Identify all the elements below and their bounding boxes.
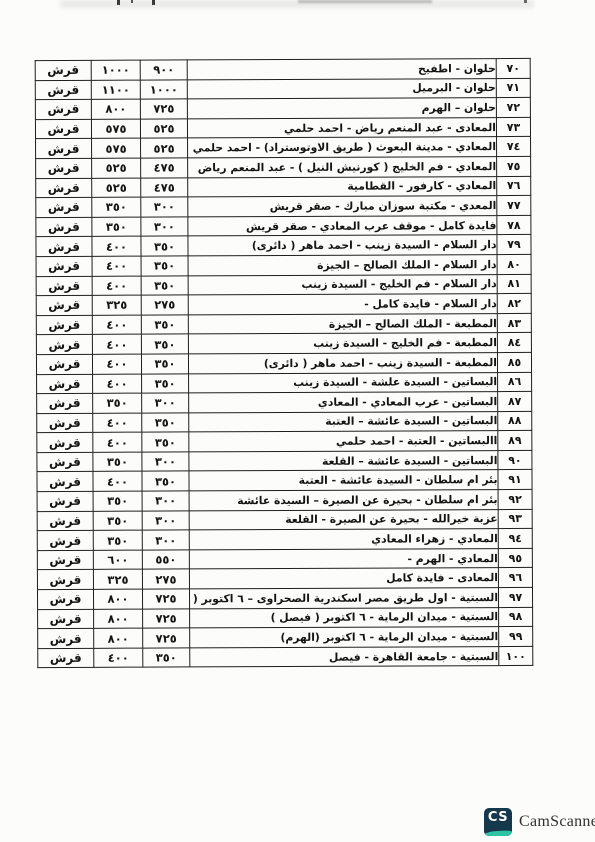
unit-cell: قرش <box>37 393 93 413</box>
row-number-cell: ٩٨ <box>499 607 533 627</box>
route-cell: المطبعة - الملك الصالح – الجيزة <box>188 313 497 334</box>
row-number-cell: ٩٧ <box>498 587 532 607</box>
fare-b-cell: ٥٧٥ <box>91 119 140 139</box>
route-cell: المعادي - الهرم - <box>189 548 498 569</box>
route-cell: المعادى – فايدة كامل <box>189 568 498 589</box>
row-number-cell: ٨٤ <box>497 333 531 353</box>
table-row: ٨٦ البساتين - السيدة علشة - السيدة زينب … <box>37 372 532 394</box>
table-row: ٩٤ المعادي - زهراء المعادي ٣٠٠ ٣٥٠ قرش <box>37 529 532 551</box>
fare-b-cell: ٣٥٠ <box>93 393 142 413</box>
fare-a-cell: ٧٢٥ <box>143 628 190 648</box>
route-cell: المعادي - كارفور - القطامية <box>188 176 497 197</box>
row-number-cell: ٧٠ <box>496 58 530 78</box>
unit-cell: قرش <box>38 629 94 649</box>
fare-a-cell: ٧٢٥ <box>143 609 190 629</box>
route-cell: السبتية - ميدان الرماية - ٦ اكتوبر (الهر… <box>190 627 499 648</box>
fare-a-cell: ٢٧٥ <box>142 569 189 589</box>
route-cell: عزبة خيرالله - بحيرة عن الصيرة - القلعة <box>189 509 498 530</box>
route-cell: حلوان - البرميل <box>187 78 496 99</box>
camscanner-icon: CS <box>484 808 512 836</box>
row-number-cell: ٧٩ <box>497 235 531 255</box>
route-cell: المطبعة - السيدة زينب - احمد ماهر ( دائر… <box>188 352 497 373</box>
fare-a-cell: ٣٠٠ <box>142 491 189 511</box>
unit-cell: قرش <box>37 472 93 492</box>
fare-b-cell: ٨٠٠ <box>94 628 143 648</box>
route-cell: دار السلام - السيدة زينب - احمد ماهر ( د… <box>188 235 497 256</box>
fare-a-cell: ٩٠٠ <box>140 60 187 80</box>
unit-cell: قرش <box>36 158 92 178</box>
fare-b-cell: ٤٠٠ <box>93 472 142 492</box>
unit-cell: قرش <box>37 491 93 511</box>
row-number-cell: ٧٤ <box>497 137 531 157</box>
fare-b-cell: ٨٠٠ <box>94 609 143 629</box>
route-cell: السبتية - اول طريق مصر اسكندرية الصحراوى… <box>189 588 498 609</box>
fare-b-cell: ٣٢٥ <box>92 295 141 315</box>
table-row: ٩٧ السبتية - اول طريق مصر اسكندرية الصحر… <box>37 587 532 609</box>
fare-a-cell: ٣٥٠ <box>141 256 188 276</box>
route-cell: المطبعة - فم الخليج - السيدة زينب <box>188 333 497 354</box>
table-row: ٧٥ المعادي - فم الخليج ( كورنيش النيل ) … <box>36 156 531 178</box>
fare-b-cell: ١٠٠٠ <box>91 60 140 80</box>
table-row: ٨١ دار السلام - فم الخليج - السيدة زينب … <box>36 274 531 296</box>
fare-b-cell: ٥٢٥ <box>92 158 141 178</box>
table-row: ٨٣ المطبعة - الملك الصالح – الجيزة ٣٥٠ ٤… <box>36 313 531 335</box>
fare-a-cell: ١٠٠٠ <box>140 80 187 100</box>
unit-cell: قرش <box>36 295 92 315</box>
table-row: ٧٧ المعدي - مكتبة سوزان مبارك - صقر قريش… <box>36 196 531 218</box>
fare-b-cell: ١١٠٠ <box>91 80 140 100</box>
fare-a-cell: ٣٠٠ <box>142 530 189 550</box>
unit-cell: قرش <box>37 374 93 394</box>
row-number-cell: ٩٦ <box>498 568 532 588</box>
unit-cell: قرش <box>36 197 92 217</box>
fare-a-cell: ٤٧٥ <box>141 177 188 197</box>
table-row: ١٠٠ السبتية - جامعة القاهرة - فيصل ٣٥٠ ٤… <box>38 646 533 668</box>
row-number-cell: ٩٠ <box>498 450 532 470</box>
fare-b-cell: ٣٥٠ <box>92 197 141 217</box>
unit-cell: قرش <box>36 178 92 198</box>
fare-b-cell: ٥٢٥ <box>92 178 141 198</box>
route-cell: البساتين - السيدة عائشة – العتبة <box>189 411 498 432</box>
fare-b-cell: ٨٠٠ <box>91 99 140 119</box>
unit-cell: قرش <box>36 276 92 296</box>
route-cell: دار السلام - فايدة كامل - <box>188 294 497 315</box>
row-number-cell: ٨٣ <box>497 313 531 333</box>
route-cell: البساتين - عرب المعادي - المعادي <box>189 392 498 413</box>
unit-cell: قرش <box>36 315 92 335</box>
scan-mark <box>131 0 133 3</box>
table-row: ٨٢ دار السلام - فايدة كامل - ٢٧٥ ٣٢٥ قرش <box>36 294 531 316</box>
fare-b-cell: ٤٠٠ <box>93 413 142 433</box>
row-number-cell: ٨٧ <box>498 392 532 412</box>
unit-cell: قرش <box>36 256 92 276</box>
row-number-cell: ٧٨ <box>497 215 531 235</box>
fare-a-cell: ٣٥٠ <box>141 315 188 335</box>
fare-b-cell: ٤٠٠ <box>93 374 142 394</box>
table-row: ٧٤ المعادي - مدينة البعوث ( طريق الاوتوس… <box>36 137 531 159</box>
fare-a-cell: ٣٥٠ <box>142 432 189 452</box>
row-number-cell: ٨٨ <box>498 411 532 431</box>
fare-a-cell: ٤٧٥ <box>141 158 188 178</box>
unit-cell: قرش <box>35 119 91 139</box>
unit-cell: قرش <box>37 433 93 453</box>
row-number-cell: ٩٣ <box>498 509 532 529</box>
route-cell: المعادي - زهراء المعادي <box>189 529 498 550</box>
fare-b-cell: ٤٠٠ <box>92 276 141 296</box>
table-row: ٩٣ عزبة خيرالله - بحيرة عن الصيرة - القل… <box>37 509 532 531</box>
unit-cell: قرش <box>37 452 93 472</box>
fare-table-body: ٧٠ حلوان - اطفيح ٩٠٠ ١٠٠٠ قرش ٧١ حلوان -… <box>35 58 533 668</box>
row-number-cell: ١٠٠ <box>499 646 533 666</box>
route-cell: السبتية - ميدان الرماية - ٦ اكتوبر ( فيص… <box>190 607 499 628</box>
table-row: ٩٨ السبتية - ميدان الرماية - ٦ اكتوبر ( … <box>38 607 533 629</box>
row-number-cell: ٩٥ <box>498 548 532 568</box>
fare-a-cell: ٢٧٥ <box>141 295 188 315</box>
route-cell: االبساتين - العتبة - احمد حلمي <box>189 431 498 452</box>
route-cell: بئر ام سلطان - السيدة عائشة - العتبة <box>189 470 498 491</box>
unit-cell: قرش <box>35 80 91 100</box>
fare-b-cell: ٣٥٠ <box>93 452 142 472</box>
fare-b-cell: ٥٧٥ <box>92 138 141 158</box>
row-number-cell: ٨٦ <box>498 372 532 392</box>
document-sheet: ٧٠ حلوان - اطفيح ٩٠٠ ١٠٠٠ قرش ٧١ حلوان -… <box>35 58 533 669</box>
unit-cell: قرش <box>37 589 93 609</box>
fare-a-cell: ٥٢٥ <box>140 119 187 139</box>
table-row: ٩١ بئر ام سلطان - السيدة عائشة - العتبة … <box>37 470 532 492</box>
fare-a-cell: ٣٥٠ <box>141 354 188 374</box>
fare-a-cell: ٣٥٠ <box>141 334 188 354</box>
unit-cell: قرش <box>35 100 91 120</box>
route-cell: بئر ام سلطان - بحيرة عن الصيرة – السيدة … <box>189 490 498 511</box>
route-cell: فايدة كامل - موقف عرب المعادي - صقر قريش <box>188 215 497 236</box>
table-row: ٧٣ المعادى - عبد المنعم رياض - احمد حلمي… <box>35 117 530 139</box>
table-row: ٨٨ البساتين - السيدة عائشة – العتبة ٣٥٠ … <box>37 411 532 433</box>
fare-a-cell: ٣٠٠ <box>142 511 189 531</box>
camscanner-label: CamScanner <box>519 813 595 831</box>
fare-a-cell: ٣٥٠ <box>142 413 189 433</box>
fare-a-cell: ٣٠٠ <box>141 217 188 237</box>
fare-b-cell: ٤٠٠ <box>92 256 141 276</box>
fare-b-cell: ٣٥٠ <box>92 217 141 237</box>
row-number-cell: ٩٢ <box>498 489 532 509</box>
fare-b-cell: ٣٥٠ <box>93 530 142 550</box>
route-cell: المعادي - فم الخليج ( كورنيش النيل ) - ع… <box>188 157 497 178</box>
table-row: ٨٤ المطبعة - فم الخليج - السيدة زينب ٣٥٠… <box>36 333 531 355</box>
route-cell: حلوان – الهرم <box>187 98 496 119</box>
fare-a-cell: ٣٥٠ <box>141 275 188 295</box>
camscanner-watermark: CS CamScanner <box>484 808 595 836</box>
table-row: ٩٩ السبتية - ميدان الرماية - ٦ اكتوبر (ا… <box>38 627 533 649</box>
fare-b-cell: ٤٠٠ <box>92 334 141 354</box>
unit-cell: قرش <box>37 511 93 531</box>
fare-a-cell: ٣٥٠ <box>142 471 189 491</box>
unit-cell: قرش <box>36 139 92 159</box>
unit-cell: قرش <box>36 354 92 374</box>
table-row: ٧٨ فايدة كامل - موقف عرب المعادي - صقر ق… <box>36 215 531 237</box>
route-cell: دار السلام - الملك الصالح – الجيزة <box>188 255 497 276</box>
route-cell: المعادى - عبد المنعم رياض - احمد حلمي <box>187 117 496 138</box>
unit-cell: قرش <box>37 413 93 433</box>
route-cell: البساتين - السيدة عائشة – القلعة <box>189 450 498 471</box>
row-number-cell: ٨٠ <box>497 254 531 274</box>
scan-mark <box>524 0 527 3</box>
fare-b-cell: ٣٥٠ <box>93 491 142 511</box>
table-row: ٨٧ البساتين - عرب المعادي - المعادي ٣٠٠ … <box>37 392 532 414</box>
unit-cell: قرش <box>37 570 93 590</box>
table-row: ٧٢ حلوان – الهرم ٧٢٥ ٨٠٠ قرش <box>35 98 530 120</box>
table-row: ٨٩ االبساتين - العتبة - احمد حلمي ٣٥٠ ٤٠… <box>37 431 532 453</box>
table-row: ٧٩ دار السلام - السيدة زينب - احمد ماهر … <box>36 235 531 257</box>
route-cell: دار السلام - فم الخليج - السيدة زينب <box>188 274 497 295</box>
unit-cell: قرش <box>36 335 92 355</box>
fare-b-cell: ٣٥٠ <box>93 511 142 531</box>
fare-b-cell: ٣٢٥ <box>93 570 142 590</box>
cs-badge-label: CS <box>488 808 508 828</box>
fare-a-cell: ٣٠٠ <box>141 197 188 217</box>
route-cell: المعدي - مكتبة سوزان مبارك - صقر قريش <box>188 196 497 217</box>
table-row: ٩٦ المعادى – فايدة كامل ٢٧٥ ٣٢٥ قرش <box>37 568 532 590</box>
table-row: ٩٢ بئر ام سلطان - بحيرة عن الصيرة – السي… <box>37 489 532 511</box>
row-number-cell: ٨٥ <box>497 352 531 372</box>
fare-a-cell: ٣٥٠ <box>142 373 189 393</box>
scan-mark <box>152 0 155 5</box>
fare-a-cell: ٧٢٥ <box>140 99 187 119</box>
row-number-cell: ٩٤ <box>498 529 532 549</box>
fare-a-cell: ٣٥٠ <box>141 236 188 256</box>
route-cell: المعادي - مدينة البعوث ( طريق الاوتوسترا… <box>188 137 497 158</box>
row-number-cell: ٨١ <box>497 274 531 294</box>
table-row: ٩٠ البساتين - السيدة عائشة – القلعة ٣٠٠ … <box>37 450 532 472</box>
row-number-cell: ٩١ <box>498 470 532 490</box>
scan-mark <box>117 0 120 5</box>
unit-cell: قرش <box>38 609 94 629</box>
unit-cell: قرش <box>36 217 92 237</box>
route-cell: البساتين - السيدة علشة - السيدة زينب <box>189 372 498 393</box>
fare-b-cell: ٤٠٠ <box>94 648 143 668</box>
row-number-cell: ٨٩ <box>498 431 532 451</box>
row-number-cell: ٧٣ <box>496 117 530 137</box>
fare-b-cell: ٤٠٠ <box>92 315 141 335</box>
route-cell: حلوان - اطفيح <box>187 59 496 80</box>
row-number-cell: ٧٢ <box>496 98 530 118</box>
unit-cell: قرش <box>36 237 92 257</box>
table-row: ٧١ حلوان - البرميل ١٠٠٠ ١١٠٠ قرش <box>35 78 530 100</box>
fare-a-cell: ٣٠٠ <box>142 393 189 413</box>
row-number-cell: ٧٦ <box>497 176 531 196</box>
fare-b-cell: ٤٠٠ <box>92 354 141 374</box>
scan-streak <box>298 0 432 3</box>
fare-a-cell: ٧٢٥ <box>142 589 189 609</box>
row-number-cell: ٩٩ <box>499 627 533 647</box>
table-row: ٧٦ المعادي - كارفور - القطامية ٤٧٥ ٥٢٥ ق… <box>36 176 531 198</box>
unit-cell: قرش <box>35 60 91 80</box>
fare-b-cell: ٤٠٠ <box>93 432 142 452</box>
table-row: ٨٥ المطبعة - السيدة زينب - احمد ماهر ( د… <box>36 352 531 374</box>
fare-table: ٧٠ حلوان - اطفيح ٩٠٠ ١٠٠٠ قرش ٧١ حلوان -… <box>35 58 534 669</box>
fare-b-cell: ٦٠٠ <box>93 550 142 570</box>
fare-a-cell: ٣٥٠ <box>143 648 190 668</box>
fare-a-cell: ٥٥٠ <box>142 550 189 570</box>
fare-b-cell: ٨٠٠ <box>93 589 142 609</box>
unit-cell: قرش <box>37 531 93 551</box>
route-cell: السبتية - جامعة القاهرة - فيصل <box>190 646 499 667</box>
fare-a-cell: ٣٠٠ <box>142 452 189 472</box>
table-row: ٩٥ المعادي - الهرم - ٥٥٠ ٦٠٠ قرش <box>37 548 532 570</box>
fare-a-cell: ٥٢٥ <box>141 138 188 158</box>
table-row: ٨٠ دار السلام - الملك الصالح – الجيزة ٣٥… <box>36 254 531 276</box>
row-number-cell: ٧٥ <box>497 156 531 176</box>
unit-cell: قرش <box>38 648 94 668</box>
table-row: ٧٠ حلوان - اطفيح ٩٠٠ ١٠٠٠ قرش <box>35 58 530 80</box>
unit-cell: قرش <box>37 550 93 570</box>
fare-b-cell: ٤٠٠ <box>92 236 141 256</box>
row-number-cell: ٧٧ <box>497 196 531 216</box>
row-number-cell: ٧١ <box>496 78 530 98</box>
row-number-cell: ٨٢ <box>497 294 531 314</box>
